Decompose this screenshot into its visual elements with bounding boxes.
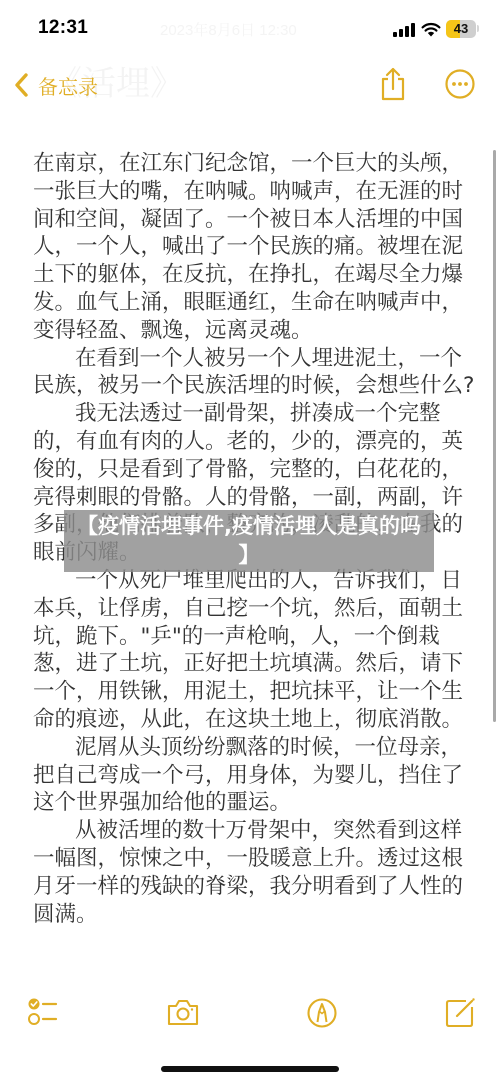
note-line: 在南京，在江东门纪念馆，一个巨大的头颅， [33,150,473,178]
status-time: 12:31 [38,17,88,39]
note-line: 民族，被另一个民族活埋的时候，会想些什么? [33,372,473,400]
battery-percent: 43 [446,20,476,38]
note-line: 把自己弯成一个弓，用身体，为婴儿，挡住了 [33,762,473,790]
back-button[interactable]: 备忘录 [14,70,98,100]
battery-cap [477,25,479,32]
home-indicator[interactable] [161,1066,339,1072]
back-label: 备忘录 [38,71,98,100]
note-line: 坑，跪下。"乒"的一声枪响，人，一个倒栽 [33,623,473,651]
note-line: 圆满。 [33,901,473,929]
nav-bar: 备忘录 [0,60,500,110]
note-line: 月牙一样的残缺的脊梁，我分明看到了人性的 [33,873,473,901]
markup-pen-icon[interactable] [304,995,340,1031]
note-line: 的，有血有肉的人。老的，少的，漂亮的，英 [33,428,473,456]
camera-icon[interactable] [165,995,201,1031]
caption-text: 【疫情活埋事件,疫情活埋人是真的吗 】 [64,512,434,570]
note-line: 泥屑从头顶纷纷飘落的时候，一位母亲， [33,734,473,762]
cellular-signal-icon [393,23,415,37]
status-bar: 12:31 2023年8月6日 12:30 43 [0,0,500,50]
share-icon[interactable] [378,66,408,102]
note-line: 在看到一个人被另一个人埋进泥土，一个 [33,345,473,373]
note-line: 间和空间，凝固了。一个被日本人活埋的中国 [33,206,473,234]
ellipsis-circle-icon[interactable] [444,68,476,100]
note-line: 俊的，只是看到了骨骼，完整的，白花花的， [33,456,473,484]
checklist-icon[interactable] [26,995,62,1031]
note-line: 人，一个人，喊出了一个民族的痛。被埋在泥 [33,233,473,261]
caption-line-1: 【疫情活埋事件,疫情活埋人是真的吗 [64,512,434,541]
note-line: 一张巨大的嘴，在呐喊。呐喊声，在无涯的时 [33,178,473,206]
note-line: 从被活埋的数十万骨架中，突然看到这样 [33,817,473,845]
caption-line-2: 】 [64,541,434,570]
caption-overlay: 【疫情活埋事件,疫情活埋人是真的吗 】 [64,510,434,572]
note-line: 命的痕迹，从此，在这块土地上，彻底消散。 [33,706,473,734]
note-line: 这个世界强加给他的噩运。 [33,789,473,817]
note-line: 我无法透过一副骨架，拼凑成一个完整 [33,400,473,428]
note-line: 土下的躯体，在反抗，在挣扎，在竭尽全力爆 [33,261,473,289]
bottom-toolbar [0,995,500,1035]
compose-icon[interactable] [442,995,478,1031]
scrollbar[interactable] [493,150,496,722]
wifi-icon [421,21,441,37]
ghost-note-date: 2023年8月6日 12:30 [160,19,297,40]
note-line: 葱，进了土坑，正好把土坑填满。然后，请下 [33,650,473,678]
note-line: 一幅图，惊悚之中，一股暖意上升。透过这根 [33,845,473,873]
note-line: 发。血气上涌，眼眶通红，生命在呐喊声中， [33,289,473,317]
note-line: 亮得刺眼的骨骼。人的骨骼，一副，两副，许 [33,484,473,512]
note-line: 变得轻盈、飘逸，远离灵魂。 [33,317,473,345]
note-line: 一个，用铁锹，用泥土，把坑抹平，让一个生 [33,678,473,706]
note-line: 本兵，让俘虏，自己挖一个坑，然后，面朝土 [33,595,473,623]
battery-icon: 43 [446,20,476,38]
chevron-left-icon [14,72,30,98]
